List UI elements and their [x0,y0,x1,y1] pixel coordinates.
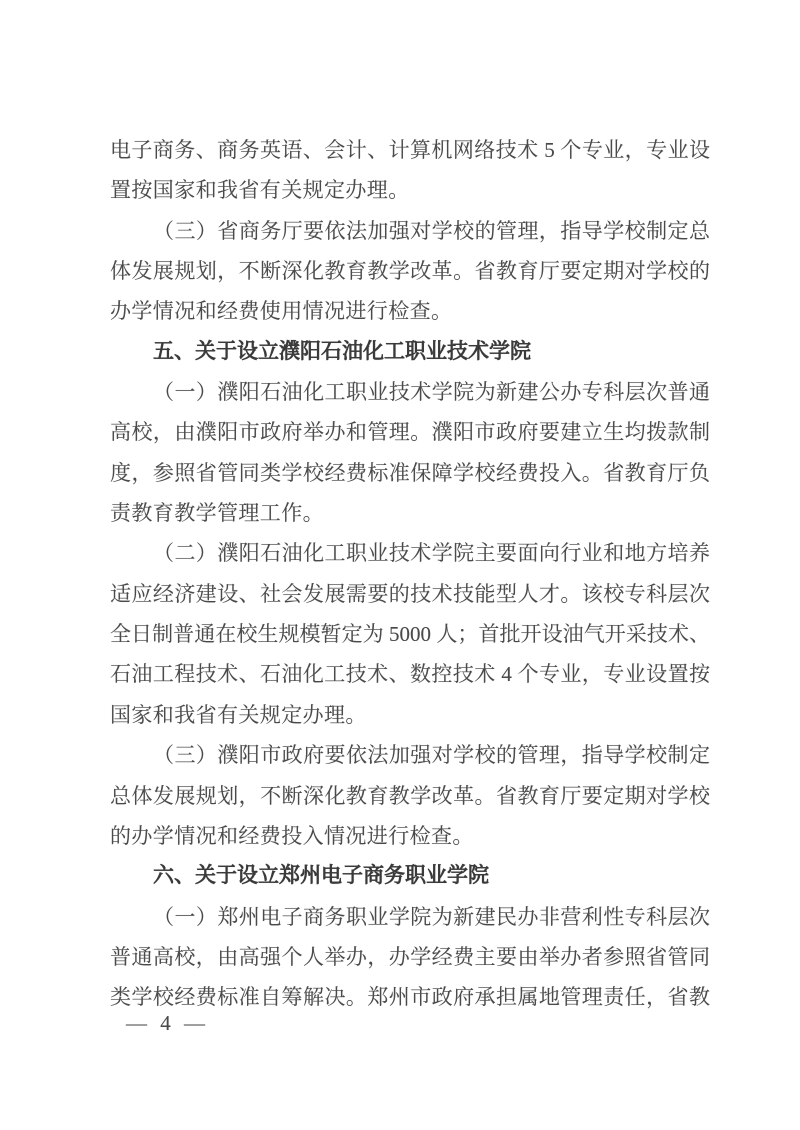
document-body: 电子商务、商务英语、会计、计算机网络技术 5 个专业，专业设置按国家和我省有关规… [110,130,710,1018]
text-line: 全日制普通在校生规模暂定为 5000 人；首批开设油气开采技术、 [110,614,710,654]
page-number: — 4 — [126,1008,206,1038]
text-line: 的办学情况和经费投入情况进行检查。 [110,816,710,856]
text-line: 办学情况和经费使用情况进行检查。 [110,291,710,331]
text-line: 高校，由濮阳市政府举办和管理。濮阳市政府要建立生均拨款制 [110,412,710,452]
text-line: （二）濮阳石油化工职业技术学院主要面向行业和地方培养 [110,533,710,573]
text-line: （一）郑州电子商务职业学院为新建民办非营利性专科层次 [110,897,710,937]
text-line: 总体发展规划，不断深化教育教学改革。省教育厅要定期对学校 [110,776,710,816]
text-line: （一）濮阳石油化工职业技术学院为新建公办专科层次普通 [110,372,710,412]
text-line: 普通高校，由高强个人举办，办学经费主要由举办者参照省管同 [110,937,710,977]
text-line: 适应经济建设、社会发展需要的技术技能型人才。该校专科层次 [110,574,710,614]
text-line: 石油工程技术、石油化工技术、数控技术 4 个专业，专业设置按 [110,654,710,694]
section-heading: 六、关于设立郑州电子商务职业学院 [110,856,710,896]
text-line: （三）濮阳市政府要依法加强对学校的管理，指导学校制定 [110,735,710,775]
text-line: 国家和我省有关规定办理。 [110,695,710,735]
section-heading: 五、关于设立濮阳石油化工职业技术学院 [110,332,710,372]
text-line: 电子商务、商务英语、会计、计算机网络技术 5 个专业，专业设 [110,130,710,170]
text-line: 责教育教学管理工作。 [110,493,710,533]
scanned-document-page: 电子商务、商务英语、会计、计算机网络技术 5 个专业，专业设置按国家和我省有关规… [0,0,800,1130]
text-line: 置按国家和我省有关规定办理。 [110,170,710,210]
text-line: 体发展规划，不断深化教育教学改革。省教育厅要定期对学校的 [110,251,710,291]
text-line: 度，参照省管同类学校经费标准保障学校经费投入。省教育厅负 [110,453,710,493]
text-line: （三）省商务厅要依法加强对学校的管理，指导学校制定总 [110,211,710,251]
